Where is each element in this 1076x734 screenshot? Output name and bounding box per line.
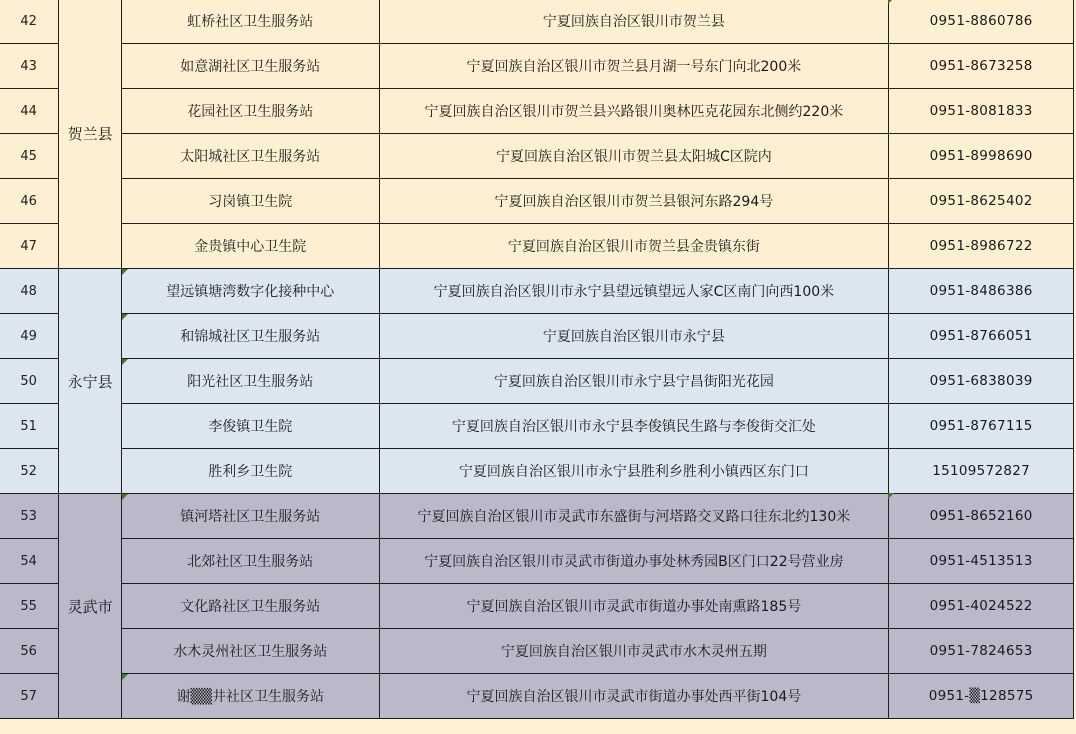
table-row[interactable]: 42 贺兰县 虹桥社区卫生服务站 宁夏回族自治区银川市贺兰县 0951-8860… xyxy=(0,0,1074,44)
table-row[interactable]: 45 太阳城社区卫生服务站 宁夏回族自治区银川市贺兰县太阳城C区院内 0951-… xyxy=(0,134,1074,179)
site-address[interactable]: 宁夏回族自治区银川市灵武市东盛街与河塔路交叉路口往东北约130米 xyxy=(379,494,889,539)
row-number: 57 xyxy=(0,674,59,719)
site-address[interactable]: 宁夏回族自治区银川市贺兰县兴路银川奥林匹克花园东北侧约220米 xyxy=(379,89,889,134)
site-name-text: 谢▒▒井社区卫生服务站 xyxy=(176,689,324,705)
site-address[interactable]: 宁夏回族自治区银川市贺兰县金贵镇东街 xyxy=(379,224,889,269)
site-name[interactable]: 文化路社区卫生服务站 xyxy=(122,584,380,629)
site-name-text: 望远镇塘湾数字化接种中心 xyxy=(166,284,334,300)
row-number: 46 xyxy=(0,179,59,224)
row-number: 49 xyxy=(0,314,59,359)
site-address[interactable]: 宁夏回族自治区银川市灵武市街道办事处南熏路185号 xyxy=(379,584,889,629)
site-address[interactable]: 宁夏回族自治区银川市灵武市街道办事处西平街104号 xyxy=(379,674,889,719)
table-row[interactable]: 56 水木灵州社区卫生服务站 宁夏回族自治区银川市灵武市水木灵州五期 0951-… xyxy=(0,629,1074,674)
site-name[interactable]: 阳光社区卫生服务站 xyxy=(122,359,380,404)
comment-marker-icon xyxy=(122,359,128,365)
site-name[interactable]: 李俊镇卫生院 xyxy=(122,404,380,449)
site-name[interactable]: 望远镇塘湾数字化接种中心 xyxy=(122,269,380,314)
site-name[interactable]: 水木灵州社区卫生服务站 xyxy=(122,629,380,674)
site-name[interactable]: 太阳城社区卫生服务站 xyxy=(122,134,380,179)
phone-text: 0951-8652160 xyxy=(930,508,1033,524)
row-number: 47 xyxy=(0,224,59,269)
site-phone[interactable]: 0951-7824653 xyxy=(889,629,1074,674)
site-name[interactable]: 如意湖社区卫生服务站 xyxy=(122,44,380,89)
site-phone[interactable]: 0951-4024522 xyxy=(889,584,1074,629)
row-number: 50 xyxy=(0,359,59,404)
site-address[interactable]: 宁夏回族自治区银川市灵武市水木灵州五期 xyxy=(379,629,889,674)
row-number: 53 xyxy=(0,494,59,539)
site-address[interactable]: 宁夏回族自治区银川市永宁县 xyxy=(379,314,889,359)
site-address[interactable]: 宁夏回族自治区银川市贺兰县月湖一号东门向北200米 xyxy=(379,44,889,89)
comment-marker-icon xyxy=(122,494,128,500)
table-row[interactable]: 43 如意湖社区卫生服务站 宁夏回族自治区银川市贺兰县月湖一号东门向北200米 … xyxy=(0,44,1074,89)
site-phone[interactable]: 0951-8652160 xyxy=(889,494,1074,539)
district-cell-lingwu[interactable]: 灵武市 xyxy=(59,494,122,719)
table-row[interactable]: 54 北郊社区卫生服务站 宁夏回族自治区银川市灵武市街道办事处林秀园B区门口22… xyxy=(0,539,1074,584)
row-number: 45 xyxy=(0,134,59,179)
vaccination-sites-table: 42 贺兰县 虹桥社区卫生服务站 宁夏回族自治区银川市贺兰县 0951-8860… xyxy=(0,0,1074,719)
row-number: 43 xyxy=(0,44,59,89)
table-row[interactable]: 44 花园社区卫生服务站 宁夏回族自治区银川市贺兰县兴路银川奥林匹克花园东北侧约… xyxy=(0,89,1074,134)
site-address[interactable]: 宁夏回族自治区银川市贺兰县银河东路294号 xyxy=(379,179,889,224)
site-name[interactable]: 胜利乡卫生院 xyxy=(122,449,380,494)
site-phone[interactable]: 0951-6838039 xyxy=(889,359,1074,404)
site-phone[interactable]: 0951-8081833 xyxy=(889,89,1074,134)
site-address[interactable]: 宁夏回族自治区银川市贺兰县太阳城C区院内 xyxy=(379,134,889,179)
site-phone[interactable]: 0951-8673258 xyxy=(889,44,1074,89)
site-name-text: 和锦城社区卫生服务站 xyxy=(180,329,320,345)
district-cell-helan[interactable]: 贺兰县 xyxy=(59,0,122,269)
table-row[interactable]: 51 李俊镇卫生院 宁夏回族自治区银川市永宁县李俊镇民生路与李俊街交汇处 095… xyxy=(0,404,1074,449)
table-row[interactable]: 47 金贵镇中心卫生院 宁夏回族自治区银川市贺兰县金贵镇东街 0951-8986… xyxy=(0,224,1074,269)
row-number: 42 xyxy=(0,0,59,44)
site-name-text: 镇河塔社区卫生服务站 xyxy=(180,509,320,525)
district-cell-yongning[interactable]: 永宁县 xyxy=(59,269,122,494)
site-address[interactable]: 宁夏回族自治区银川市灵武市街道办事处林秀园B区门口22号营业房 xyxy=(379,539,889,584)
row-number: 55 xyxy=(0,584,59,629)
site-name[interactable]: 习岗镇卫生院 xyxy=(122,179,380,224)
phone-text: 0951-8860786 xyxy=(930,13,1033,29)
site-address[interactable]: 宁夏回族自治区银川市贺兰县 xyxy=(379,0,889,44)
table-row[interactable]: 49 和锦城社区卫生服务站 宁夏回族自治区银川市永宁县 0951-8766051 xyxy=(0,314,1074,359)
site-name[interactable]: 北郊社区卫生服务站 xyxy=(122,539,380,584)
comment-marker-icon xyxy=(122,314,128,320)
site-phone[interactable]: 0951-4513513 xyxy=(889,539,1074,584)
site-name[interactable]: 镇河塔社区卫生服务站 xyxy=(122,494,380,539)
site-phone[interactable]: 0951-8986722 xyxy=(889,224,1074,269)
row-number: 51 xyxy=(0,404,59,449)
table-row[interactable]: 57 谢▒▒井社区卫生服务站 宁夏回族自治区银川市灵武市街道办事处西平街104号… xyxy=(0,674,1074,719)
site-address[interactable]: 宁夏回族自治区银川市永宁县李俊镇民生路与李俊街交汇处 xyxy=(379,404,889,449)
row-number: 52 xyxy=(0,449,59,494)
site-phone[interactable]: 0951-8860786 xyxy=(889,0,1074,44)
site-name-text: 阳光社区卫生服务站 xyxy=(187,374,313,390)
table-row[interactable]: 52 胜利乡卫生院 宁夏回族自治区银川市永宁县胜利乡胜利小镇西区东门口 1510… xyxy=(0,449,1074,494)
site-phone[interactable]: 0951-▒128575 xyxy=(889,674,1074,719)
site-name[interactable]: 和锦城社区卫生服务站 xyxy=(122,314,380,359)
site-phone[interactable]: 0951-8625402 xyxy=(889,179,1074,224)
comment-marker-icon xyxy=(122,269,128,275)
site-phone[interactable]: 15109572827 xyxy=(889,449,1074,494)
site-phone[interactable]: 0951-8486386 xyxy=(889,269,1074,314)
site-phone[interactable]: 0951-8998690 xyxy=(889,134,1074,179)
site-name[interactable]: 花园社区卫生服务站 xyxy=(122,89,380,134)
row-number: 56 xyxy=(0,629,59,674)
site-address[interactable]: 宁夏回族自治区银川市永宁县望远镇望远人家C区南门向西100米 xyxy=(379,269,889,314)
table-row[interactable]: 55 文化路社区卫生服务站 宁夏回族自治区银川市灵武市街道办事处南熏路185号 … xyxy=(0,584,1074,629)
site-address[interactable]: 宁夏回族自治区银川市永宁县宁昌街阳光花园 xyxy=(379,359,889,404)
comment-marker-icon xyxy=(888,0,894,4)
table-row[interactable]: 46 习岗镇卫生院 宁夏回族自治区银川市贺兰县银河东路294号 0951-862… xyxy=(0,179,1074,224)
site-name[interactable]: 金贵镇中心卫生院 xyxy=(122,224,380,269)
comment-marker-icon xyxy=(122,674,128,680)
table-row[interactable]: 50 阳光社区卫生服务站 宁夏回族自治区银川市永宁县宁昌街阳光花园 0951-6… xyxy=(0,359,1074,404)
table-row[interactable]: 53 灵武市 镇河塔社区卫生服务站 宁夏回族自治区银川市灵武市东盛街与河塔路交叉… xyxy=(0,494,1074,539)
site-name[interactable]: 虹桥社区卫生服务站 xyxy=(122,0,380,44)
row-number: 48 xyxy=(0,269,59,314)
site-address[interactable]: 宁夏回族自治区银川市永宁县胜利乡胜利小镇西区东门口 xyxy=(379,449,889,494)
row-number: 44 xyxy=(0,89,59,134)
comment-marker-icon xyxy=(888,493,894,499)
table-row[interactable]: 48 永宁县 望远镇塘湾数字化接种中心 宁夏回族自治区银川市永宁县望远镇望远人家… xyxy=(0,269,1074,314)
row-number: 54 xyxy=(0,539,59,584)
site-phone[interactable]: 0951-8767115 xyxy=(889,404,1074,449)
site-phone[interactable]: 0951-8766051 xyxy=(889,314,1074,359)
site-name[interactable]: 谢▒▒井社区卫生服务站 xyxy=(122,674,380,719)
